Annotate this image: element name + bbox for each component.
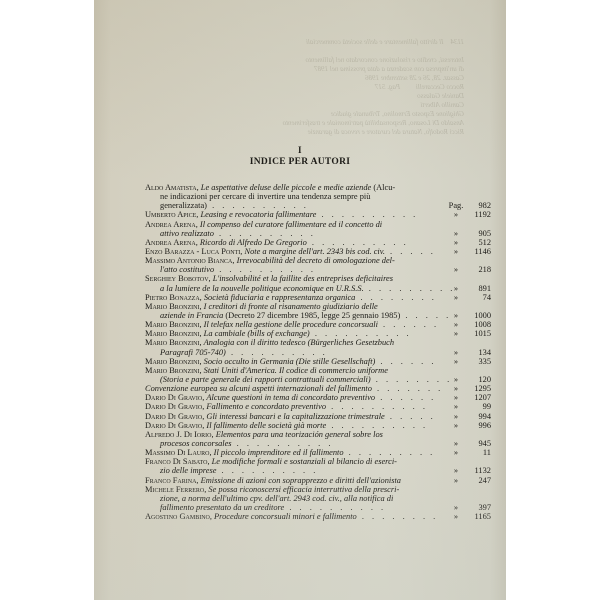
entry-page-ref: »120 xyxy=(443,375,491,384)
page-label: » xyxy=(447,512,465,521)
dot-leader: . . . . . xyxy=(385,247,436,256)
entry-page-ref: »397 xyxy=(443,503,491,512)
page-number: 512 xyxy=(465,238,491,247)
bleed-through-text: 1134 Il diritto fallimentare e delle soc… xyxy=(134,38,464,137)
entry-line: l'atto costitutivo . . . . . . . . . .»2… xyxy=(145,265,443,274)
dot-leader: . . . . . . . . . . xyxy=(326,402,428,411)
entry-title: I creditori di fronte al risanamento giu… xyxy=(204,302,378,311)
page-number: 982 xyxy=(465,201,491,210)
entry-line: Massimo Antonio Bianca, Irrevocabilità d… xyxy=(145,256,443,265)
dot-leader: . . . . . . . . . . xyxy=(316,210,418,219)
entry-page-ref: »994 xyxy=(443,412,491,421)
entry-line: Serghiey Bobotov, L'insolvabilité et la … xyxy=(145,274,443,283)
entry-author: Franco Di Sabato, xyxy=(145,457,210,466)
entry-title: Società fiduciaria e rappresentanza orga… xyxy=(204,293,356,302)
entry-author: Pietro Bonazza, xyxy=(145,293,202,302)
entry-line: Mario Bronzini, Socio occulto in Germani… xyxy=(145,357,443,366)
entry-page-ref: »11 xyxy=(443,448,491,457)
entry-title: Il fallimento delle società già morte xyxy=(206,421,326,430)
entry-line: Dario Di Gravio, Il fallimento delle soc… xyxy=(145,421,443,430)
index-entry: Pietro Bonazza, Società fiduciaria e rap… xyxy=(145,293,443,302)
page-label: » xyxy=(447,421,465,430)
dot-leader: . . . . . . . . . . xyxy=(232,439,334,448)
dot-leader: . . . . . . xyxy=(375,357,436,366)
entry-page-ref: »247 xyxy=(443,476,491,485)
page-number: 397 xyxy=(465,503,491,512)
index-entry: Enzo Barazza - Luca Ponti, Note a margin… xyxy=(145,247,443,256)
page-number: 1146 xyxy=(465,247,491,256)
entry-author: Dario Di Gravio, xyxy=(145,412,204,421)
entry-title: L'insolvabilité et la faillite des entre… xyxy=(213,274,393,283)
page-label: Pag. xyxy=(447,201,465,210)
page-label: » xyxy=(447,375,465,384)
index-entry: Mario Bronzini, Il telefax nella gestion… xyxy=(145,320,443,329)
entry-line: Michele Ferrero, Se possa riconoscersi e… xyxy=(145,485,443,494)
entry-line: ne indicazioni per cercare di invertire … xyxy=(145,192,443,201)
entry-page-ref: »996 xyxy=(443,421,491,430)
index-entry: Dario Di Gravio, Fallimento e concordato… xyxy=(145,402,443,411)
entry-title: zio delle imprese xyxy=(160,466,216,475)
page-label: » xyxy=(447,466,465,475)
entry-line: Mario Bronzini, Analogia con il diritto … xyxy=(145,338,443,347)
entry-page-ref: »1000 xyxy=(443,311,491,320)
entry-title: attivo realizzato xyxy=(160,229,214,238)
entry-line: zione, a norma dell'ultimo cpv. dell'art… xyxy=(145,494,443,503)
entry-line: Andrea Arena, Ricordo di Alfredo De Greg… xyxy=(145,238,443,247)
index-entry: Michele Ferrero, Se possa riconoscersi e… xyxy=(145,485,443,512)
page-label: » xyxy=(447,476,465,485)
entry-author: Enzo Barazza - Luca Ponti, xyxy=(145,247,242,256)
entry-author: Franco Farina, xyxy=(145,476,199,485)
index-entry: Mario Bronzini, Socio occulto in Germani… xyxy=(145,357,443,366)
page-number: 1295 xyxy=(465,384,491,393)
index-entry: Dario Di Gravio, Il fallimento delle soc… xyxy=(145,421,443,430)
page-number: 994 xyxy=(465,412,491,421)
entry-page-ref: »1207 xyxy=(443,393,491,402)
dot-leader: . . . . . . xyxy=(378,320,439,329)
entry-page-ref: »1295 xyxy=(443,384,491,393)
author-index-list: Aldo Amatista, Le aspettative deluse del… xyxy=(145,183,443,521)
entry-page-ref: »1132 xyxy=(443,466,491,475)
entry-page-ref: »1015 xyxy=(443,329,491,338)
entry-title: Leasing e revocatoria fallimentare xyxy=(200,210,316,219)
entry-line: Mario Bronzini, La cambiale (bills of ex… xyxy=(145,329,443,338)
dot-leader: . . . . . . . . xyxy=(357,512,439,521)
index-entry: Andrea Arena, Ricordo di Alfredo De Greg… xyxy=(145,238,443,247)
entry-line: Massimo Di Lauro, Il piccolo imprenditor… xyxy=(145,448,443,457)
entry-author: Michele Ferrero, xyxy=(145,485,206,494)
entry-author: Mario Bronzini, xyxy=(145,302,202,311)
entry-author: Dario Di Gravio, xyxy=(145,421,204,430)
entry-text: (Alcu- xyxy=(373,183,395,192)
dot-leader: . . . . . . . . . . xyxy=(216,466,318,475)
page-label: » xyxy=(447,320,465,329)
page-label: » xyxy=(447,412,465,421)
index-entry: Mario Bronzini, Stati Uniti d'America. I… xyxy=(145,366,443,384)
entry-line: (Storia e parte generale dei rapporti co… xyxy=(145,375,443,384)
entry-title: procesos concorsales xyxy=(160,439,232,448)
dot-leader: . . . . . . . . . . xyxy=(214,229,316,238)
index-entry: Mario Bronzini, Analogia con il diritto … xyxy=(145,338,443,356)
page-label: » xyxy=(447,284,465,293)
dot-leader: . . . . . . xyxy=(375,393,436,402)
entry-line: Agostino Gambino, Procedure concorsuali … xyxy=(145,512,443,521)
page-number: 996 xyxy=(465,421,491,430)
page-number: 1008 xyxy=(465,320,491,329)
page-label: » xyxy=(447,247,465,256)
entry-title: Gli interessi bancari e la capitalizzazi… xyxy=(206,412,384,421)
index-entry: Aldo Amatista, Le aspettative deluse del… xyxy=(145,183,443,210)
page-number: 11 xyxy=(465,448,491,457)
dot-leader: . . . . . . . . . . xyxy=(310,329,412,338)
dot-leader: . . . . . . . . . . xyxy=(207,201,309,210)
entry-page-ref: Pag.982 xyxy=(443,201,491,210)
index-entry: Mario Bronzini, I creditori di fronte al… xyxy=(145,302,443,320)
entry-title: Il compenso del curatore fallimentare ed… xyxy=(200,220,382,229)
entry-title: La cambiale (bills of exchange) xyxy=(204,329,310,338)
page-label: » xyxy=(447,439,465,448)
entry-author: Mario Bronzini, xyxy=(145,338,202,347)
page-number: 1000 xyxy=(465,311,491,320)
dot-leader: . . . . . . . . xyxy=(371,375,453,384)
index-entry: Franco Farina, Emissione di azioni con s… xyxy=(145,476,443,485)
dot-leader: . . . . . . . . . . xyxy=(226,348,328,357)
page-number: 218 xyxy=(465,265,491,274)
entry-author: Mario Bronzini, xyxy=(145,357,202,366)
entry-line: Mario Bronzini, I creditori di fronte al… xyxy=(145,302,443,311)
entry-line: procesos concorsales . . . . . . . . . .… xyxy=(145,439,443,448)
entry-line: aziende in Francia (Decreto 27 dicembre … xyxy=(145,311,443,320)
entry-text: (Decreto 27 dicembre 1985, legge 25 genn… xyxy=(225,311,400,320)
index-entry: Serghiey Bobotov, L'insolvabilité et la … xyxy=(145,274,443,292)
dot-leader: . . . . . xyxy=(385,412,436,421)
entry-page-ref: »905 xyxy=(443,229,491,238)
entry-author: Mario Bronzini, xyxy=(145,366,202,375)
dot-leader: . . . . . . . . . . xyxy=(307,238,409,247)
dot-leader: . . . . . . . . . xyxy=(344,448,436,457)
entry-author: Massimo Antonio Bianca, xyxy=(145,256,234,265)
page-number: 335 xyxy=(465,357,491,366)
index-entry: Agostino Gambino, Procedure concorsuali … xyxy=(145,512,443,521)
entry-title: Alcune questioni in tema di concordato p… xyxy=(206,393,375,402)
page-label: » xyxy=(447,503,465,512)
entry-author: Umberto Apice, xyxy=(145,210,198,219)
page-number: 891 xyxy=(465,284,491,293)
page-number: 1207 xyxy=(465,393,491,402)
section-number: I xyxy=(94,145,506,155)
entry-author: Alfredo J. Di Iorio, xyxy=(145,430,214,439)
entry-line: Andrea Arena, Il compenso del curatore f… xyxy=(145,220,443,229)
entry-line: Franco Di Sabato, Le modifiche formali e… xyxy=(145,457,443,466)
entry-line: Alfredo J. Di Iorio, Elementos para una … xyxy=(145,430,443,439)
entry-title: (Storia e parte generale dei rapporti co… xyxy=(160,375,371,384)
entry-page-ref: »74 xyxy=(443,293,491,302)
page-title: INDICE PER AUTORI xyxy=(94,157,506,167)
dot-leader: . . . . . . . . xyxy=(355,293,437,302)
entry-page-ref: »1192 xyxy=(443,210,491,219)
entry-page-ref: »1165 xyxy=(443,512,491,521)
entry-title: Le modifiche formali e sostanziali al bi… xyxy=(212,457,397,466)
entry-title: Ricordo di Alfredo De Gregorio xyxy=(200,238,307,247)
entry-title: Note a margine dell'art. 2343 bis cod. c… xyxy=(245,247,385,256)
index-entry: Dario Di Gravio, Alcune questioni in tem… xyxy=(145,393,443,402)
index-entry: Franco Di Sabato, Le modifiche formali e… xyxy=(145,457,443,475)
page-label: » xyxy=(447,311,465,320)
index-entry: Andrea Arena, Il compenso del curatore f… xyxy=(145,220,443,238)
entry-title: Se possa riconoscersi efficacia interrut… xyxy=(208,485,399,494)
page-number: 905 xyxy=(465,229,491,238)
entry-title: Convenzione europea su alcuni aspetti in… xyxy=(145,384,372,393)
entry-author: Mario Bronzini, xyxy=(145,320,202,329)
page-label: » xyxy=(447,393,465,402)
page-label: » xyxy=(447,448,465,457)
entry-title: Paragrafi 705-740) xyxy=(160,348,226,357)
page-number: 134 xyxy=(465,348,491,357)
entry-title: Il telefax nella gestione delle procedur… xyxy=(204,320,378,329)
page-number: 1192 xyxy=(465,210,491,219)
dot-leader: . . . . . . . xyxy=(372,384,443,393)
index-entry: Umberto Apice, Leasing e revocatoria fal… xyxy=(145,210,443,219)
entry-title: Irrevocabilità del decreto di omologazio… xyxy=(237,256,395,265)
page-label: » xyxy=(447,357,465,366)
page-number: 99 xyxy=(465,402,491,411)
entry-title: Socio occulto in Germania (Die stille Ge… xyxy=(204,357,376,366)
entry-title: Fallimento e concordato preventivo xyxy=(206,402,326,411)
entry-title: a la lumiere de la nouvelle politique ec… xyxy=(160,284,364,293)
entry-title: fallimento presentato da un creditore xyxy=(160,503,284,512)
entry-title: zione, a norma dell'ultimo cpv. dell'art… xyxy=(160,494,393,503)
entry-author: Agostino Gambino, xyxy=(145,512,212,521)
index-entry: Mario Bronzini, La cambiale (bills of ex… xyxy=(145,329,443,338)
entry-title: Analogia con il diritto tedesco (Bürgerl… xyxy=(204,338,394,347)
entry-title: Emissione di azioni con soprapprezzo e d… xyxy=(201,476,401,485)
entry-text: generalizzata) xyxy=(160,201,207,210)
entry-title: Le aspettative deluse delle piccole e me… xyxy=(201,183,371,192)
entry-line: Dario Di Gravio, Alcune questioni in tem… xyxy=(145,393,443,402)
entry-author: Dario Di Gravio, xyxy=(145,402,204,411)
entry-author: Andrea Arena, xyxy=(145,238,198,247)
entry-line: Franco Farina, Emissione di azioni con s… xyxy=(145,476,443,485)
entry-author: Aldo Amatista, xyxy=(145,183,199,192)
page-number: 1015 xyxy=(465,329,491,338)
entry-line: Umberto Apice, Leasing e revocatoria fal… xyxy=(145,210,443,219)
page-label: » xyxy=(447,293,465,302)
entry-line: a la lumiere de la nouvelle politique ec… xyxy=(145,284,443,293)
entry-line: Enzo Barazza - Luca Ponti, Note a margin… xyxy=(145,247,443,256)
entry-title: aziende in Francia xyxy=(160,311,223,320)
entry-author: Dario Di Gravio, xyxy=(145,393,204,402)
page-label: » xyxy=(447,229,465,238)
entry-title: Procedure concorsuali minori e falliment… xyxy=(214,512,357,521)
page-label: » xyxy=(447,238,465,247)
entry-title: Stati Uniti d'America. Il codice di comm… xyxy=(204,366,388,375)
entry-line: Paragrafi 705-740) . . . . . . . . . .»1… xyxy=(145,348,443,357)
entry-author: Serghiey Bobotov, xyxy=(145,274,211,283)
page-label: » xyxy=(447,265,465,274)
entry-page-ref: »945 xyxy=(443,439,491,448)
entry-page-ref: »1008 xyxy=(443,320,491,329)
entry-text: ne indicazioni per cercare di invertire … xyxy=(160,192,370,201)
entry-title: l'atto costitutivo xyxy=(160,265,214,274)
page-number: 1165 xyxy=(465,512,491,521)
page-label: » xyxy=(447,384,465,393)
dot-leader: . . . . . . . . . . xyxy=(284,503,386,512)
entry-line: Mario Bronzini, Stati Uniti d'America. I… xyxy=(145,366,443,375)
entry-line: Convenzione europea su alcuni aspetti in… xyxy=(145,384,443,393)
index-entry: Dario Di Gravio, Gli interessi bancari e… xyxy=(145,412,443,421)
entry-title: Il piccolo imprenditore ed il fallimento xyxy=(214,448,344,457)
page-number: 74 xyxy=(465,293,491,302)
entry-line: attivo realizzato . . . . . . . . . .»90… xyxy=(145,229,443,238)
page-number: 247 xyxy=(465,476,491,485)
entry-page-ref: »512 xyxy=(443,238,491,247)
index-entry: Massimo Antonio Bianca, Irrevocabilità d… xyxy=(145,256,443,274)
page-label: » xyxy=(447,329,465,338)
page-number: 120 xyxy=(465,375,491,384)
dot-leader: . . . . . . . . . . xyxy=(214,265,316,274)
entry-page-ref: »134 xyxy=(443,348,491,357)
entry-author: Andrea Arena, xyxy=(145,220,198,229)
page-label: » xyxy=(447,348,465,357)
index-entry: Alfredo J. Di Iorio, Elementos para una … xyxy=(145,430,443,448)
entry-page-ref: »218 xyxy=(443,265,491,274)
page-number: 1132 xyxy=(465,466,491,475)
entry-line: fallimento presentato da un creditore . … xyxy=(145,503,443,512)
entry-line: zio delle imprese . . . . . . . . . .»11… xyxy=(145,466,443,475)
entry-line: Mario Bronzini, Il telefax nella gestion… xyxy=(145,320,443,329)
entry-title: Elementos para una teorización general s… xyxy=(216,430,383,439)
entry-page-ref: »891 xyxy=(443,284,491,293)
entry-line: generalizzata) . . . . . . . . . .Pag.98… xyxy=(145,201,443,210)
dot-leader: . . . . . . . . . . xyxy=(326,421,428,430)
entry-line: Pietro Bonazza, Società fiduciaria e rap… xyxy=(145,293,443,302)
book-page: 1134 Il diritto fallimentare e delle soc… xyxy=(94,0,506,600)
entry-author: Massimo Di Lauro, xyxy=(145,448,212,457)
entry-line: Aldo Amatista, Le aspettative deluse del… xyxy=(145,183,443,192)
entry-page-ref: »1146 xyxy=(443,247,491,256)
dot-leader: . . . . . . . . . xyxy=(364,284,456,293)
entry-page-ref: »335 xyxy=(443,357,491,366)
entry-line: Dario Di Gravio, Gli interessi bancari e… xyxy=(145,412,443,421)
page-label: » xyxy=(447,210,465,219)
entry-page-ref: »99 xyxy=(443,402,491,411)
index-entry: Massimo Di Lauro, Il piccolo imprenditor… xyxy=(145,448,443,457)
index-entry: Convenzione europea su alcuni aspetti in… xyxy=(145,384,443,393)
page-label: » xyxy=(447,402,465,411)
entry-author: Mario Bronzini, xyxy=(145,329,202,338)
entry-line: Dario Di Gravio, Fallimento e concordato… xyxy=(145,402,443,411)
page-number: 945 xyxy=(465,439,491,448)
